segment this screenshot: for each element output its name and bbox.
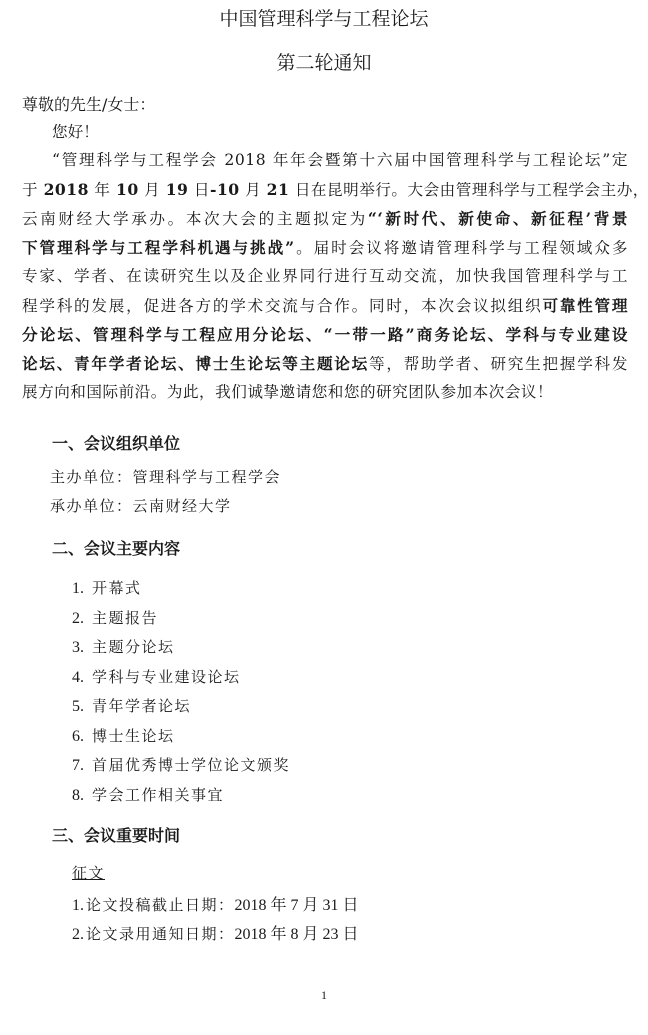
item-number: 8.: [72, 787, 84, 804]
bold-text: 可靠性管理: [542, 296, 628, 315]
page-number: 1: [0, 988, 648, 1003]
section-heading-content: 二、会议主要内容: [52, 536, 180, 559]
paragraph-line: 论坛、青年学者论坛、博士生论坛等主题论坛等，帮助学者、研究生把握学科发: [22, 349, 628, 379]
content-list-item: 3.主题分论坛: [72, 636, 175, 657]
document-subtitle: 第二轮通知: [0, 48, 648, 75]
deadline-num: 1.: [72, 897, 84, 914]
text: 月: [240, 181, 267, 199]
text: 云南财经大学承办。本次大会的主题拟定为: [22, 210, 368, 228]
paragraph-line: 程学科的发展，促进各方的学术交流与合作。同时，本次会议拟组织可靠性管理: [22, 291, 628, 321]
text: 于: [22, 181, 44, 199]
bold-text: 论坛、青年学者论坛、博士生论坛等主题论坛: [22, 354, 369, 373]
deadline-date: 2018 年 8 月 23 日: [235, 926, 359, 943]
item-number: 5.: [72, 698, 84, 715]
deadline-item: 1.论文投稿截止日期：2018 年 7 月 31 日: [72, 892, 359, 915]
item-text: 开幕式: [92, 579, 142, 597]
text: “管理科学与工程学会 2018 年年会暨第十六届中国管理科学与工程论坛”定: [52, 151, 628, 169]
deadline-num: 2.: [72, 926, 84, 943]
item-number: 2.: [72, 610, 84, 627]
item-text: 博士生论坛: [92, 727, 175, 745]
content-list-item: 1.开幕式: [72, 577, 142, 598]
content-list-item: 2.主题报告: [72, 607, 158, 628]
bold-text: -10: [210, 180, 240, 199]
paragraph-line: 分论坛、管理科学与工程应用分论坛、“一带一路”商务论坛、学科与专业建设: [22, 320, 628, 350]
item-number: 1.: [72, 580, 84, 597]
paragraph-line: 云南财经大学承办。本次大会的主题拟定为“‘新时代、新使命、新征程’背景: [22, 204, 628, 234]
document-title: 中国管理科学与工程论坛: [0, 4, 648, 31]
bold-text: 2018: [44, 180, 89, 199]
text: 日在昆明举行。大会由管理科学与工程学会主办，: [289, 181, 648, 199]
bold-text: 10: [116, 180, 139, 199]
bold-text: 下管理科学与工程学科机遇与挑战”: [22, 238, 295, 257]
salutation: 尊敬的先生/女士：: [22, 92, 155, 115]
deadline-date: 2018 年 7 月 31 日: [235, 897, 359, 914]
paragraph-line: 专家、学者、在读研究生以及企业界同行进行互动交流，加快我国管理科学与工: [22, 262, 628, 291]
item-text: 学会工作相关事宜: [92, 786, 224, 804]
item-text: 青年学者论坛: [92, 697, 191, 715]
deadline-item: 2.论文录用通知日期：2018 年 8 月 23 日: [72, 921, 359, 944]
paragraph-line: 于 2018 年 10 月 19 日-10 月 21 日在昆明举行。大会由管理科…: [22, 175, 628, 205]
item-text: 学科与专业建设论坛: [92, 668, 241, 686]
bold-text: 19: [166, 180, 189, 199]
text: 专家、学者、在读研究生以及企业界同行进行互动交流，加快我国管理科学与工: [22, 267, 628, 285]
item-number: 6.: [72, 728, 84, 745]
paragraph-line: 展方向和国际前沿。为此，我们诚挚邀请您和您的研究团队参加本次会议！: [22, 378, 628, 407]
paragraph-line: 下管理科学与工程学科机遇与挑战”。届时会议将邀请管理科学与工程领域众多: [22, 233, 628, 263]
content-list-item: 7.首届优秀博士学位论文颁奖: [72, 754, 290, 775]
text: 。届时会议将邀请管理科学与工程领域众多: [295, 239, 628, 257]
item-number: 7.: [72, 757, 84, 774]
item-text: 主题报告: [92, 609, 158, 627]
text: 展方向和国际前沿。为此，我们诚挚邀请您和您的研究团队参加本次会议！: [22, 383, 553, 401]
item-number: 3.: [72, 639, 84, 656]
text: 年: [89, 181, 116, 199]
deadline-label: 论文投稿截止日期：: [86, 896, 235, 914]
content-list-item: 6.博士生论坛: [72, 725, 175, 746]
content-list-item: 4.学科与专业建设论坛: [72, 666, 241, 687]
text: 等，帮助学者、研究生把握学科发: [369, 355, 628, 373]
call-for-papers-subheading: 征文: [72, 862, 105, 883]
paragraph-line: “管理科学与工程学会 2018 年年会暨第十六届中国管理科学与工程论坛”定: [52, 146, 628, 175]
co-organizer: 承办单位：云南财经大学: [50, 495, 232, 516]
content-list-item: 8.学会工作相关事宜: [72, 784, 224, 805]
host-organizer: 主办单位：管理科学与工程学会: [50, 466, 281, 487]
deadline-label: 论文录用通知日期：: [86, 925, 235, 943]
bold-text: “‘新时代、新使命、新征程’背景: [368, 209, 628, 228]
section-heading-organizers: 一、会议组织单位: [52, 431, 180, 454]
hello-line: 您好！: [52, 120, 99, 142]
bold-text: 21: [267, 180, 290, 199]
item-text: 首届优秀博士学位论文颁奖: [92, 756, 290, 774]
text: 日: [188, 181, 210, 199]
section-heading-dates: 三、会议重要时间: [52, 823, 180, 846]
content-list-item: 5.青年学者论坛: [72, 695, 191, 716]
item-number: 4.: [72, 669, 84, 686]
item-text: 主题分论坛: [92, 638, 175, 656]
bold-text: 分论坛、管理科学与工程应用分论坛、“一带一路”商务论坛、学科与专业建设: [22, 325, 628, 344]
text: 月: [139, 181, 166, 199]
text: 程学科的发展，促进各方的学术交流与合作。同时，本次会议拟组织: [22, 297, 542, 315]
